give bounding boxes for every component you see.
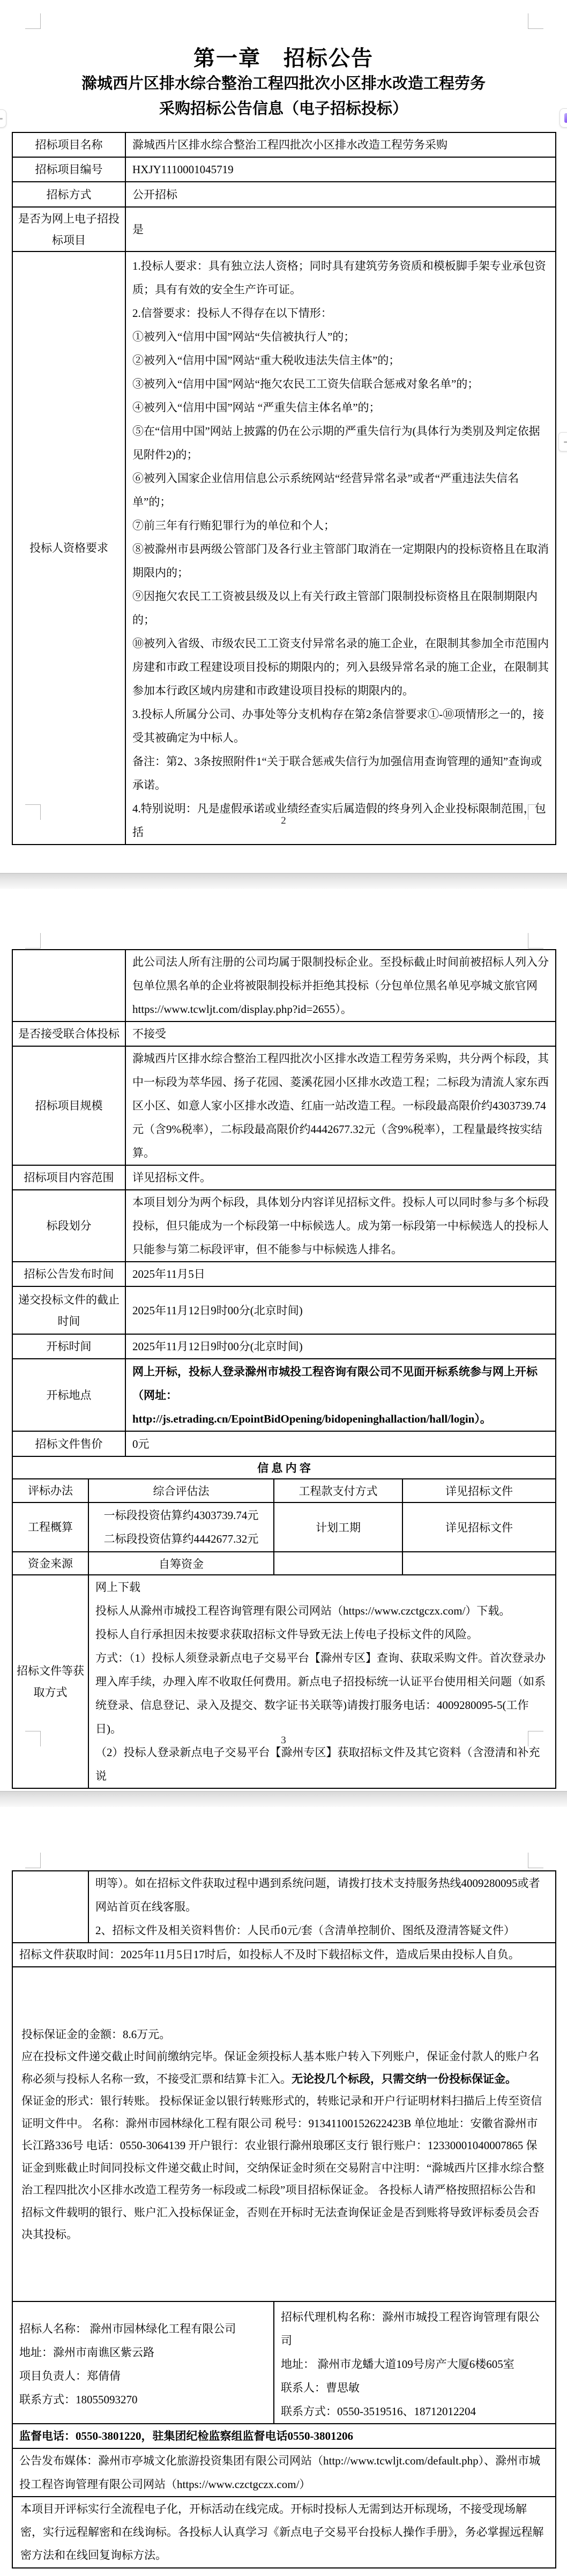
row-label: 递交投标文件的截止时间 xyxy=(12,1286,125,1334)
project-subtitle: 滁城西片区排水综合整治工程四批次小区排水改造工程劳务 采购招标公告信息（电子招标… xyxy=(0,71,567,122)
doc-obtain-label: 招标文件等获取方式 xyxy=(12,1575,88,1788)
extension-icon xyxy=(564,113,567,123)
content-scope-value: 详见招标文件。 xyxy=(125,1165,556,1190)
table-row: 招标项目名称 滁城西片区排水综合整治工程四批次小区排水改造工程劳务采购 xyxy=(12,132,556,157)
table-row: 招标公告发布时间 2025年11月5日 xyxy=(12,1262,556,1286)
deposit-pay-rule: 应在投标文件递交截止时间前缴纳完毕。保证金须投标人基本账户转入下列账户，保证金付… xyxy=(21,2046,547,2090)
page-number-footer: 3 xyxy=(0,1735,567,1746)
table-row: 招标文件获取时间：2025年11月5日17时后，如投标人不及时下载招标文件，造成… xyxy=(12,1943,556,1967)
side-handle-icon xyxy=(0,118,3,120)
table-row: 本项目开评标实行全流程电子化，开标活动在线完成。开标时投标人无需到达开标现场，不… xyxy=(12,2497,556,2568)
agency-contact-cell: 招标代理机构名称：滁州市城投工程咨询管理有限公司 地址： 滁州市龙蟠大道109号… xyxy=(274,2301,556,2424)
row-label: 招标项目规模 xyxy=(12,1046,125,1165)
row-label: 招标项目名称 xyxy=(12,132,125,157)
subtitle-line2: 采购招标公告信息（电子招标投标） xyxy=(0,97,567,122)
opening-place-value: 网上开标，投标人登录滁州市城投工程咨询有限公司不见面开标系统参与网上开标（网址：… xyxy=(125,1359,556,1431)
table-row: 招标文件等获取方式 网上下载 投标人从滁州市城投工程咨询管理有限公司网站（htt… xyxy=(12,1575,556,1788)
lot-division-value: 本项目划分为两个标段，具体划分内容详见招标文件。投标人可以同时参与多个标段投标，… xyxy=(125,1190,556,1262)
table-row: 招标方式 公开招标 xyxy=(12,182,556,207)
subtitle-line1: 滁城西片区排水综合整治工程四批次小区排水改造工程劳务 xyxy=(0,71,567,97)
table-row: 信 息 内 容 xyxy=(12,1456,556,1479)
qualification-requirements-value: 1.投标人要求：具有独立法人资格；同时具有建筑劳务资质和模板脚手架专业承包资质；… xyxy=(125,251,556,845)
table-row: 招标项目内容范围 详见招标文件。 xyxy=(12,1165,556,1190)
project-name-value: 滁城西片区排水综合整治工程四批次小区排水改造工程劳务采购 xyxy=(125,132,556,157)
payment-method-value: 详见招标文件 xyxy=(402,1479,556,1502)
row-label: 招标方式 xyxy=(12,182,125,207)
bid-method-value: 公开招标 xyxy=(125,182,556,207)
left-side-handle[interactable] xyxy=(0,109,6,128)
table-row: 是否为网上电子招投标项目 是 xyxy=(12,207,556,251)
bid-info-table-page3: 明等）。如在招标文件获取过程中遇到系统问题，请拨打技术支持服务热线4009280… xyxy=(12,1870,556,2568)
doc-obtain-deadline: 招标文件获取时间：2025年11月5日17时后，如投标人不及时下载招标文件，造成… xyxy=(12,1943,556,1967)
consortium-value: 不接受 xyxy=(125,1021,556,1046)
deposit-pay-rule-bold: 无论投几个标段，只需交纳一份投标保证金。 xyxy=(292,2072,517,2085)
announce-date-value: 2025年11月5日 xyxy=(125,1262,556,1286)
project-scale-value: 滁城西片区排水综合整治工程四批次小区排水改造工程劳务采购，共分两个标段，其中一标… xyxy=(125,1046,556,1165)
table-row: 招标项目编号 HXJY1110001045719 xyxy=(12,157,556,182)
page1-crop-mark-top-right xyxy=(528,13,543,29)
browser-extension-button[interactable] xyxy=(559,108,567,128)
doc-obtain-value: 网上下载 投标人从滁州市城投工程咨询管理有限公司网站（https://www.c… xyxy=(88,1575,556,1788)
row-label-empty xyxy=(12,1871,88,1943)
row-label: 投标人资格要求 xyxy=(12,251,125,845)
deposit-account-details: 保证金的形式：银行转账。 投标保证金以银行转账形式的，转账记录和开户行证明材料扫… xyxy=(21,2090,547,2246)
tenderer-contact-cell: 招标人名称： 滁州市园林绿化工程有限公司 地址：滁州市南谯区紫云路 项目负责人：… xyxy=(12,2301,274,2424)
bid-info-table-page2: 此公司法人所有注册的公司均属于限制投标企业。至投标截止时间前被招标人列入分包单位… xyxy=(12,949,556,1789)
empty-cell xyxy=(274,1552,402,1575)
page2-crop-mark-top-right xyxy=(528,933,543,949)
table-row: 投标保证金的金额：8.6万元。 应在投标文件递交截止时间前缴纳完毕。保证金须投标… xyxy=(12,1967,556,2301)
submission-deadline-value: 2025年11月12日9时00分(北京时间) xyxy=(125,1286,556,1334)
table-row: 标段划分 本项目划分为两个标段，具体划分内容详见招标文件。投标人可以同时参与多个… xyxy=(12,1190,556,1262)
table-row: 开标地点 网上开标，投标人登录滁州市城投工程咨询有限公司不见面开标系统参与网上开… xyxy=(12,1359,556,1431)
supervision-phone-row: 监督电话：0550-3801220，驻集团纪检监察组监督电话0550-38012… xyxy=(12,2424,556,2448)
eval-method-value: 综合评估法 xyxy=(88,1479,274,1502)
empty-cell xyxy=(402,1552,556,1575)
table-row: 招标人名称： 滁州市园林绿化工程有限公司 地址：滁州市南谯区紫云路 项目负责人：… xyxy=(12,2301,556,2424)
page1-crop-mark-top-left xyxy=(25,13,41,29)
project-number-value: HXJY1110001045719 xyxy=(125,157,556,182)
row-label: 是否为网上电子招投标项目 xyxy=(12,207,125,251)
budget-value: 一标段投资估算约4303739.74元 二标段投资估算约4442677.32元 xyxy=(88,1502,274,1552)
row-label: 招标文件售价 xyxy=(12,1431,125,1456)
scroll-handle-button[interactable] xyxy=(558,432,567,451)
fund-source-value: 自筹资金 xyxy=(88,1552,274,1575)
scroll-handle-icon xyxy=(564,441,567,443)
table-row: 工程概算 一标段投资估算约4303739.74元 二标段投资估算约4442677… xyxy=(12,1502,556,1552)
row-label: 招标项目编号 xyxy=(12,157,125,182)
table-row: 评标办法 综合评估法 工程款支付方式 详见招标文件 xyxy=(12,1479,556,1502)
fund-source-label: 资金来源 xyxy=(12,1552,88,1575)
table-row: 明等）。如在招标文件获取过程中遇到系统问题，请拨打技术支持服务热线4009280… xyxy=(12,1871,556,1943)
bid-info-table-page1: 招标项目名称 滁城西片区排水综合整治工程四批次小区排水改造工程劳务采购 招标项目… xyxy=(12,132,556,845)
payment-method-label: 工程款支付方式 xyxy=(274,1479,402,1502)
deposit-amount: 投标保证金的金额：8.6万元。 xyxy=(21,2024,547,2046)
qualification-continuation-value: 此公司法人所有注册的公司均属于限制投标企业。至投标截止时间前被招标人列入分包单位… xyxy=(125,950,556,1021)
row-label: 招标公告发布时间 xyxy=(12,1262,125,1286)
page-number-footer: 2 xyxy=(0,815,567,827)
opening-time-value: 2025年11月12日9时00分(北京时间) xyxy=(125,1334,556,1359)
row-label: 标段划分 xyxy=(12,1190,125,1262)
is-ebidding-value: 是 xyxy=(125,207,556,251)
row-label: 开标地点 xyxy=(12,1359,125,1431)
page3-crop-mark-top-right xyxy=(528,1853,543,1868)
table-row: 投标人资格要求 1.投标人要求：具有独立法人资格；同时具有建筑劳务资质和模板脚手… xyxy=(12,251,556,845)
table-row: 是否接受联合体投标 不接受 xyxy=(12,1021,556,1046)
schedule-label: 计划工期 xyxy=(274,1502,402,1552)
row-label-empty xyxy=(12,950,125,1021)
page-separator xyxy=(0,1791,567,1807)
table-row: 此公司法人所有注册的公司均属于限制投标企业。至投标截止时间前被招标人列入分包单位… xyxy=(12,950,556,1021)
page-title: 第一章 招标公告 xyxy=(0,41,567,72)
table-row: 招标项目规模 滁城西片区排水综合整治工程四批次小区排水改造工程劳务采购，共分两个… xyxy=(12,1046,556,1165)
page-separator xyxy=(0,873,567,889)
doc-obtain-continuation-value: 明等）。如在招标文件获取过程中遇到系统问题，请拨打技术支持服务热线4009280… xyxy=(88,1871,556,1943)
bid-deposit-section: 投标保证金的金额：8.6万元。 应在投标文件递交截止时间前缴纳完毕。保证金须投标… xyxy=(12,1967,556,2301)
table-row: 资金来源 自筹资金 xyxy=(12,1552,556,1575)
row-label: 招标项目内容范围 xyxy=(12,1165,125,1190)
page3-crop-mark-top-left xyxy=(25,1853,41,1868)
announcement-media-row: 公告发布媒体：滁州市亭城文化旅游投资集团有限公司网站（http://www.tc… xyxy=(12,2448,556,2497)
table-row: 开标时间 2025年11月12日9时00分(北京时间) xyxy=(12,1334,556,1359)
info-content-header: 信 息 内 容 xyxy=(12,1456,556,1479)
eval-method-label: 评标办法 xyxy=(12,1479,88,1502)
e-bidding-notice-row: 本项目开评标实行全流程电子化，开标活动在线完成。开标时投标人无需到达开标现场，不… xyxy=(12,2497,556,2568)
table-row: 监督电话：0550-3801220，驻集团纪检监察组监督电话0550-38012… xyxy=(12,2424,556,2448)
budget-label: 工程概算 xyxy=(12,1502,88,1552)
table-row: 公告发布媒体：滁州市亭城文化旅游投资集团有限公司网站（http://www.tc… xyxy=(12,2448,556,2497)
table-row: 招标文件售价 0元 xyxy=(12,1431,556,1456)
table-row: 递交投标文件的截止时间 2025年11月12日9时00分(北京时间) xyxy=(12,1286,556,1334)
schedule-value: 详见招标文件 xyxy=(402,1502,556,1552)
page2-crop-mark-top-left xyxy=(25,933,41,949)
document-viewer: { "header": { "chapter_title": "第一章 招标公告… xyxy=(0,0,567,2576)
document-price-value: 0元 xyxy=(125,1431,556,1456)
row-label: 是否接受联合体投标 xyxy=(12,1021,125,1046)
row-label: 开标时间 xyxy=(12,1334,125,1359)
